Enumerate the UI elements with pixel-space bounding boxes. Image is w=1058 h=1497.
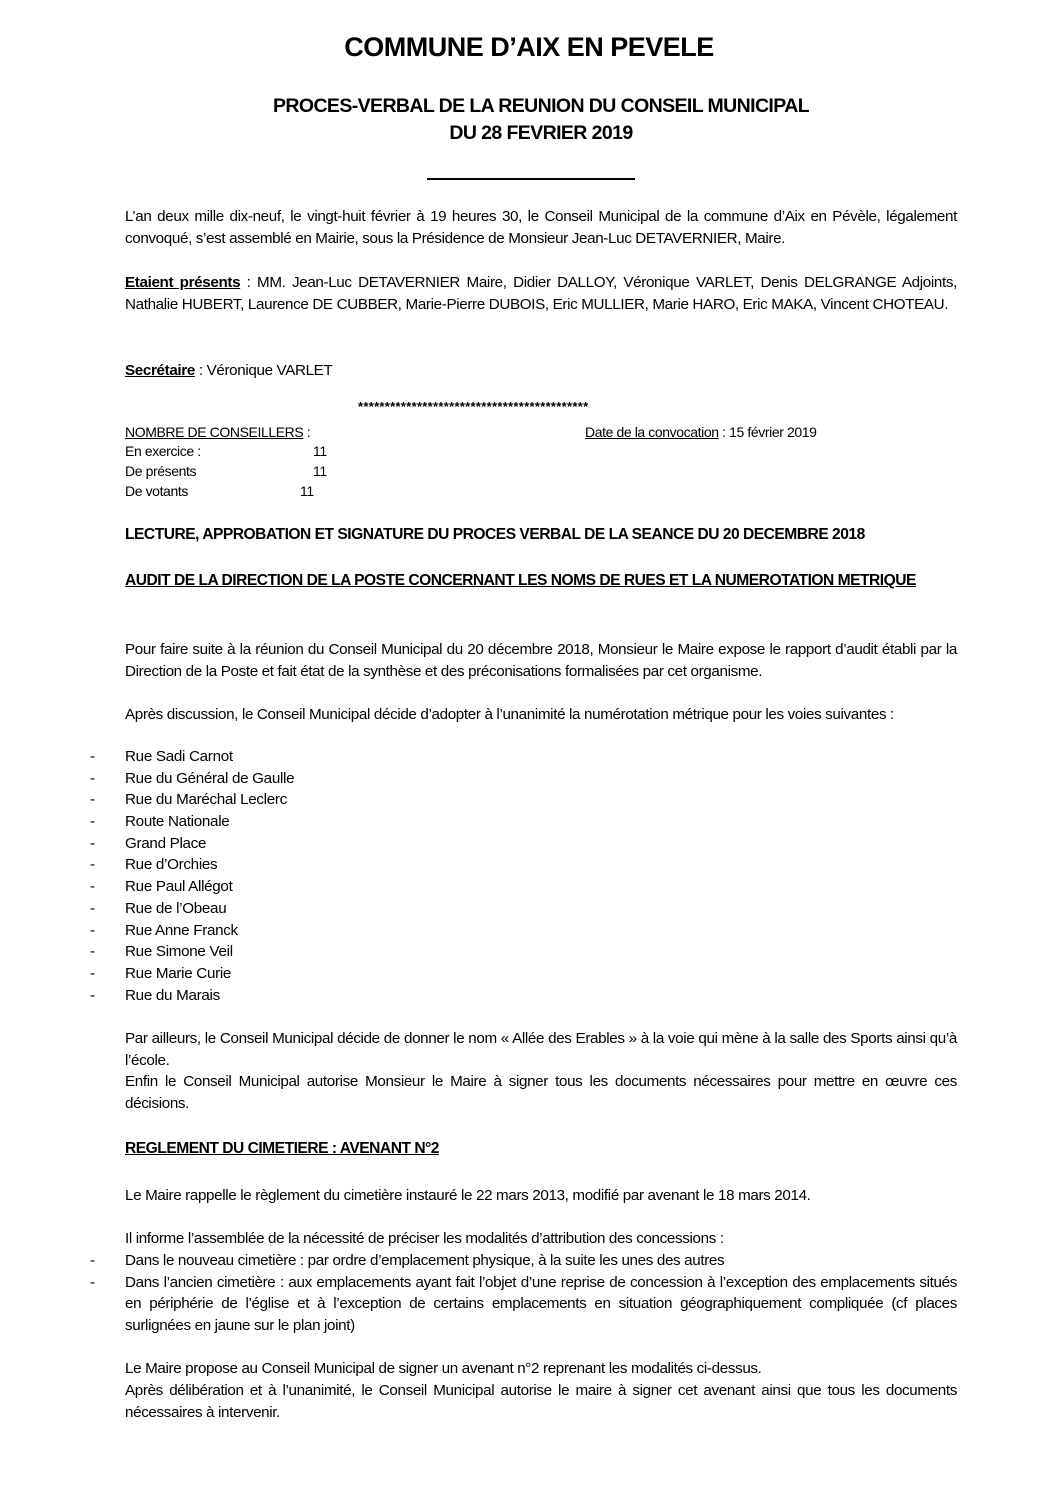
- street-name: Rue Anne Franck: [125, 920, 238, 942]
- cimetiere-paragraph-2: Il informe l’assemblée de la nécessité d…: [125, 1228, 957, 1250]
- street-name: Rue du Marais: [125, 985, 220, 1007]
- section-heading-audit: AUDIT DE LA DIRECTION DE LA POSTE CONCER…: [125, 570, 957, 592]
- bullet-dash: -: [90, 963, 100, 985]
- secretary-line: Secrétaire : Véronique VARLET: [125, 360, 957, 382]
- intro-paragraph: L’an deux mille dix-neuf, le vingt-huit …: [125, 206, 957, 249]
- document-title-line1: PROCES-VERBAL DE LA REUNION DU CONSEIL M…: [0, 93, 1058, 120]
- street-name: Rue Paul Allégot: [125, 876, 233, 898]
- street-name: Route Nationale: [125, 811, 229, 833]
- bullet-dash: -: [90, 985, 100, 1007]
- convocation-label: Date de la convocation: [585, 424, 719, 440]
- councillors-count-heading: NOMBRE DE CONSEILLERS: [125, 424, 303, 440]
- count-row-votants-value: 11: [300, 483, 314, 499]
- bullet-dash: -: [90, 941, 100, 963]
- cimetiere-paragraph-1: Le Maire rappelle le règlement du cimeti…: [125, 1185, 957, 1207]
- street-name: Rue de l’Obeau: [125, 898, 226, 920]
- bullet-dash: -: [90, 1250, 95, 1272]
- bullet-dash: -: [90, 876, 100, 898]
- section-heading-cimetiere: REGLEMENT DU CIMETIERE : AVENANT N°2: [125, 1138, 439, 1160]
- concession-rule-text: Dans l’ancien cimetière : aux emplacemen…: [125, 1274, 957, 1334]
- commune-title: COMMUNE D’AIX EN PEVELE: [0, 32, 1058, 63]
- bullet-dash: -: [90, 811, 100, 833]
- bullet-dash: -: [90, 789, 100, 811]
- cimetiere-bullets: -Dans le nouveau cimetière : par ordre d…: [90, 1250, 957, 1337]
- bullet-dash: -: [90, 768, 100, 790]
- bullet-dash: -: [90, 854, 100, 876]
- document-page: COMMUNE D’AIX EN PEVELE PROCES-VERBAL DE…: [0, 0, 1058, 1497]
- count-row-votants-label: De votants: [125, 483, 188, 499]
- cimetiere-paragraph-4: Après délibération et à l’unanimité, le …: [125, 1380, 957, 1423]
- attendees-list: : MM. Jean-Luc DETAVERNIER Maire, Didier…: [125, 274, 957, 313]
- bullet-dash: -: [90, 898, 100, 920]
- street-name: Rue Marie Curie: [125, 963, 231, 985]
- street-name: Rue d’Orchies: [125, 854, 217, 876]
- separator-stars: ****************************************…: [358, 399, 588, 414]
- bullet-dash: -: [90, 833, 100, 855]
- secretary-label: Secrétaire: [125, 362, 195, 379]
- section-heading-lecture: LECTURE, APPROBATION ET SIGNATURE DU PRO…: [125, 524, 957, 546]
- audit-paragraph-2: Après discussion, le Conseil Municipal d…: [125, 704, 957, 726]
- document-title: PROCES-VERBAL DE LA REUNION DU CONSEIL M…: [0, 93, 1058, 147]
- count-row-presents-label: De présents: [125, 463, 196, 479]
- attendees-paragraph: Etaient présents : MM. Jean-Luc DETAVERN…: [125, 272, 957, 315]
- street-name: Rue du Maréchal Leclerc: [125, 789, 287, 811]
- street-name: Rue du Général de Gaulle: [125, 768, 294, 790]
- audit-paragraph-4: Enfin le Conseil Municipal autorise Mons…: [125, 1071, 957, 1114]
- secretary-name: : Véronique VARLET: [195, 362, 332, 379]
- count-row-en-exercice-value: 11: [313, 443, 327, 459]
- document-title-line2: DU 28 FEVRIER 2019: [0, 120, 1058, 147]
- bullet-dash: -: [90, 746, 100, 768]
- councillors-count-label: NOMBRE DE CONSEILLERS :: [125, 424, 310, 440]
- audit-paragraph-1: Pour faire suite à la réunion du Conseil…: [125, 639, 957, 682]
- cimetiere-paragraph-3: Le Maire propose au Conseil Municipal de…: [125, 1358, 957, 1380]
- count-row-presents-value: 11: [313, 463, 327, 479]
- bullet-dash: -: [90, 1272, 95, 1294]
- count-row-en-exercice-label: En exercice :: [125, 443, 201, 459]
- concession-rule-item: -Dans le nouveau cimetière : par ordre d…: [90, 1250, 957, 1272]
- convocation-date: Date de la convocation : 15 février 2019: [585, 424, 817, 440]
- audit-paragraph-3: Par ailleurs, le Conseil Municipal décid…: [125, 1028, 957, 1071]
- street-name: Rue Sadi Carnot: [125, 746, 233, 768]
- street-name: Rue Simone Veil: [125, 941, 233, 963]
- title-divider: [427, 178, 635, 180]
- bullet-dash: -: [90, 920, 100, 942]
- concession-rule-text: Dans le nouveau cimetière : par ordre d’…: [125, 1252, 724, 1269]
- councillors-count-colon: :: [303, 424, 310, 440]
- attendees-label: Etaient présents: [125, 274, 240, 291]
- street-name: Grand Place: [125, 833, 206, 855]
- concession-rule-item: -Dans l’ancien cimetière : aux emplaceme…: [90, 1272, 957, 1337]
- convocation-value: : 15 février 2019: [719, 424, 817, 440]
